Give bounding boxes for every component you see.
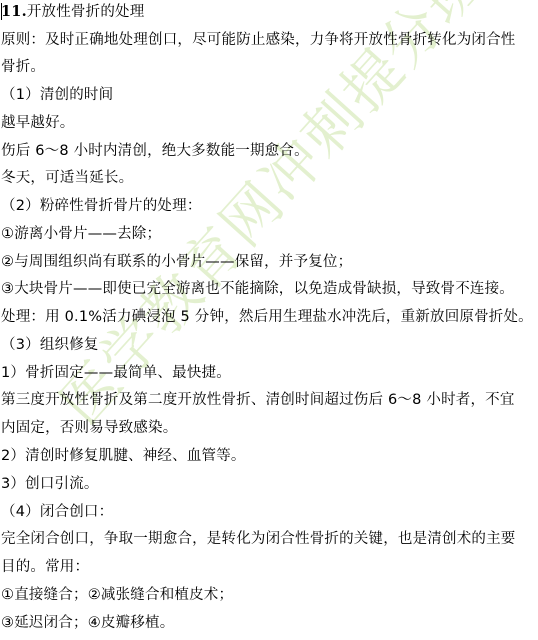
- paragraph-line: 目的。常用：: [1, 556, 89, 578]
- subsection-heading: （4）闭合创口：: [1, 501, 113, 523]
- paragraph-line: 内固定，否则易导致感染。: [1, 417, 177, 439]
- text-cursor: [1, 3, 2, 20]
- list-item: ②与周围组织尚有联系的小骨片——保留，并予复位；: [1, 251, 352, 273]
- paragraph-line: 越早越好。: [1, 112, 75, 134]
- paragraph-line: 骨折。: [1, 56, 45, 78]
- heading-text: 开放性骨折的处理: [27, 4, 145, 20]
- paragraph-line: 原则：及时正确地处理创口，尽可能防止感染，力争将开放性骨折转化为闭合性: [1, 29, 516, 51]
- list-item: ①直接缝合；②减张缝合和植皮术；: [1, 584, 233, 606]
- list-item: 2）清创时修复肌腱、神经、血管等。: [1, 445, 246, 467]
- list-item: 3）创口引流。: [1, 473, 99, 495]
- paragraph-line: 冬天，可适当延长。: [1, 167, 133, 189]
- list-item: 1）骨折固定——最简单、最快捷。: [1, 362, 231, 384]
- list-item: ③大块骨片——即使已完全游离也不能摘除，以免造成骨缺损，导致骨不连接。: [1, 278, 514, 300]
- subsection-heading: （1）清创的时间: [1, 84, 113, 106]
- section-heading: 11.开放性骨折的处理: [1, 1, 144, 23]
- list-item: ①游离小骨片——去除；: [1, 223, 161, 245]
- paragraph-line: 第三度开放性骨折及第二度开放性骨折、清创时间超过伤后 6～8 小时者，不宜: [1, 389, 515, 411]
- heading-number: 11.: [1, 3, 27, 20]
- document-body: 11.开放性骨折的处理 原则：及时正确地处理创口，尽可能防止感染，力争将开放性骨…: [0, 0, 538, 640]
- paragraph-line: 完全闭合创口，争取一期愈合，是转化为闭合性骨折的关键，也是清创术的主要: [1, 528, 516, 550]
- subsection-heading: （2）粉碎性骨折骨片的处理：: [1, 195, 202, 217]
- paragraph-line: 伤后 6～8 小时内清创，绝大多数能一期愈合。: [1, 140, 309, 162]
- subsection-heading: （3）组织修复: [1, 334, 99, 356]
- paragraph-line: 处理：用 0.1%活力碘浸泡 5 分钟，然后用生理盐水冲洗后，重新放回原骨折处。: [1, 306, 533, 328]
- list-item: ③延迟闭合；④皮瓣移植。: [1, 612, 174, 634]
